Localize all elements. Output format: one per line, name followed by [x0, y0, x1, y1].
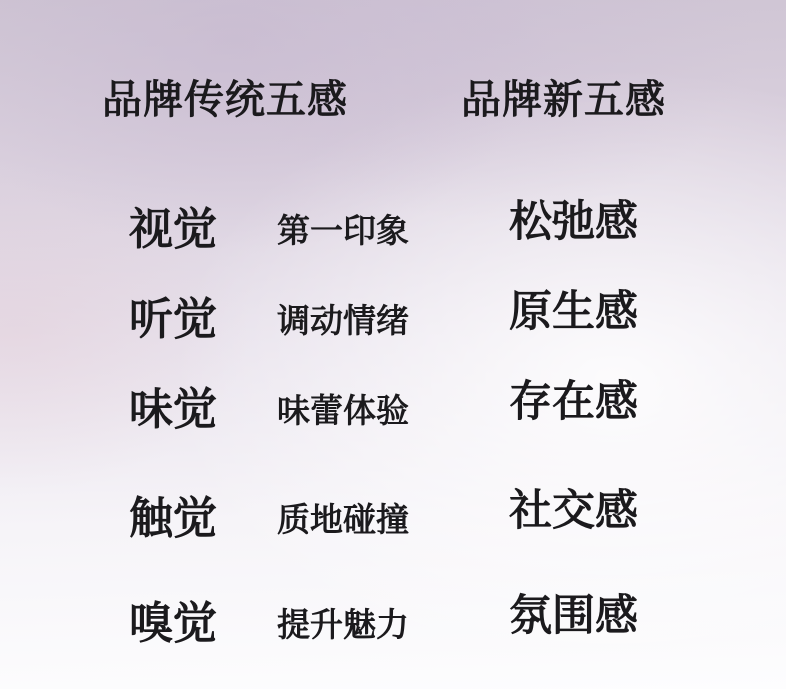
comparison-row: 味觉 味蕾体验 存在感 — [0, 386, 786, 434]
new-sense-label: 氛围感 — [509, 592, 638, 640]
new-sense-label: 松弛感 — [509, 198, 638, 246]
value-label: 提升魅力 — [277, 607, 409, 643]
new-sense-label: 存在感 — [509, 378, 638, 426]
sense-label: 味觉 — [129, 386, 217, 434]
sense-label: 触觉 — [129, 495, 217, 543]
new-sense-label: 原生感 — [509, 288, 638, 336]
new-sense-label: 社交感 — [509, 487, 638, 535]
value-label: 味蕾体验 — [277, 393, 409, 429]
value-label: 调动情绪 — [277, 303, 409, 339]
comparison-row: 视觉 第一印象 松弛感 — [0, 206, 786, 254]
sense-label: 嗅觉 — [129, 600, 217, 648]
sense-label: 视觉 — [129, 206, 217, 254]
comparison-row: 嗅觉 提升魅力 氛围感 — [0, 600, 786, 648]
comparison-row: 触觉 质地碰撞 社交感 — [0, 495, 786, 543]
column-header-traditional-five-senses: 品牌传统五感 — [102, 78, 348, 122]
value-label: 第一印象 — [277, 213, 409, 249]
value-label: 质地碰撞 — [277, 502, 409, 538]
sense-label: 听觉 — [129, 296, 217, 344]
column-header-new-five-senses: 品牌新五感 — [461, 78, 666, 122]
brand-five-senses-slide: 品牌传统五感 品牌新五感 视觉 第一印象 松弛感 听觉 调动情绪 原生感 味觉 … — [0, 0, 786, 689]
comparison-row: 听觉 调动情绪 原生感 — [0, 296, 786, 344]
